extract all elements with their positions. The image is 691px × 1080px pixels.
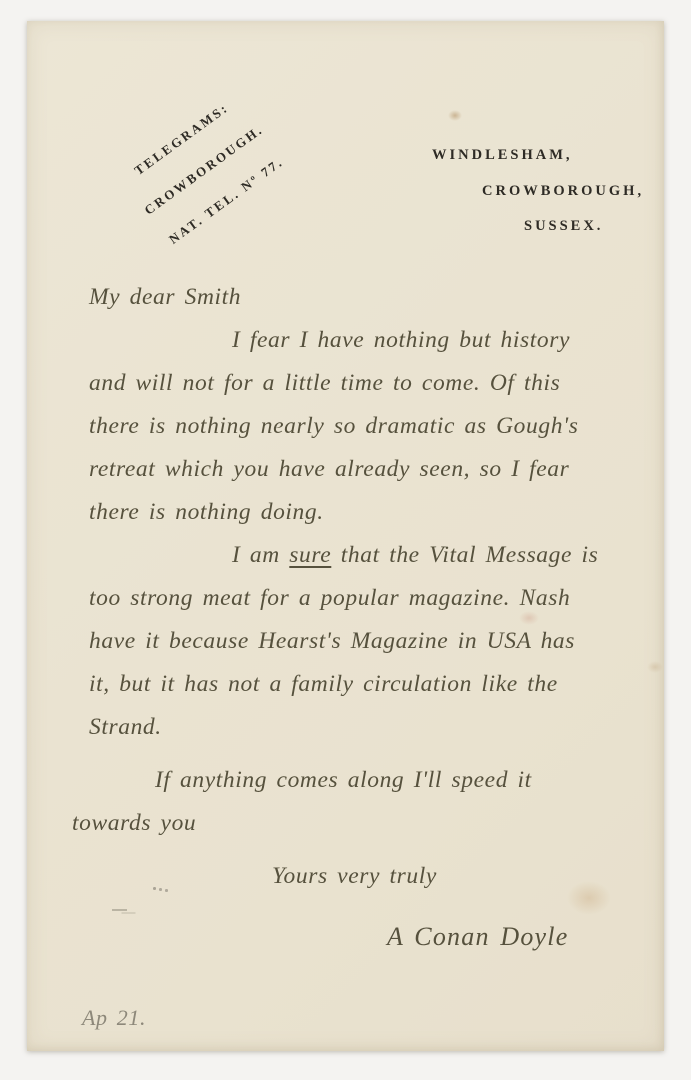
letter-line-part: that the Vital Message is bbox=[331, 542, 598, 568]
letter-line: retreat which you have already seen, so … bbox=[89, 448, 634, 491]
foxing-spot bbox=[647, 661, 663, 673]
telegram-stamp: Telegrams: Crowborough. Nat. Tel. Nº 77. bbox=[77, 56, 330, 283]
letter-line: there is nothing doing. bbox=[89, 491, 634, 534]
letter-line: too strong meat for a popular magazine. … bbox=[89, 577, 634, 620]
letter-line: I am sure that the Vital Message is bbox=[232, 534, 634, 577]
salutation: My dear Smith bbox=[89, 276, 634, 319]
foxing-spot bbox=[448, 110, 462, 121]
closing-line: Yours very truly bbox=[272, 855, 634, 898]
pencil-marks-dots bbox=[153, 887, 156, 890]
address-line-sussex: Sussex. bbox=[524, 209, 644, 245]
date-note: Ap 21. bbox=[82, 996, 634, 1039]
address-line-crowborough: Crowborough, bbox=[482, 174, 644, 210]
underlined-word: sure bbox=[289, 542, 331, 568]
letter-line: towards you bbox=[72, 802, 634, 845]
letter-paper: Telegrams: Crowborough. Nat. Tel. Nº 77.… bbox=[27, 21, 664, 1051]
letter-line: If anything comes along I'll speed it bbox=[155, 759, 634, 802]
letter-line: have it because Hearst's Magazine in USA… bbox=[89, 620, 634, 663]
letterhead-address: Windlesham, Crowborough, Sussex. bbox=[432, 138, 644, 245]
pencil-marks-dash bbox=[112, 909, 127, 911]
scan-background: { "colors": { "background": "#f4f3f1", "… bbox=[0, 0, 691, 1080]
letter-line: I fear I have nothing but history bbox=[232, 319, 634, 362]
letter-line-part: I am bbox=[232, 542, 289, 568]
letter-line: Strand. bbox=[89, 706, 634, 749]
letter-line: and will not for a little time to come. … bbox=[89, 362, 634, 405]
signature: A Conan Doyle bbox=[387, 915, 634, 958]
letter-body: My dear Smith I fear I have nothing but … bbox=[89, 276, 634, 1039]
letter-line: it, but it has not a family circulation … bbox=[89, 663, 634, 706]
letter-line: there is nothing nearly so dramatic as G… bbox=[89, 405, 634, 448]
address-line-windlesham: Windlesham, bbox=[432, 138, 644, 174]
